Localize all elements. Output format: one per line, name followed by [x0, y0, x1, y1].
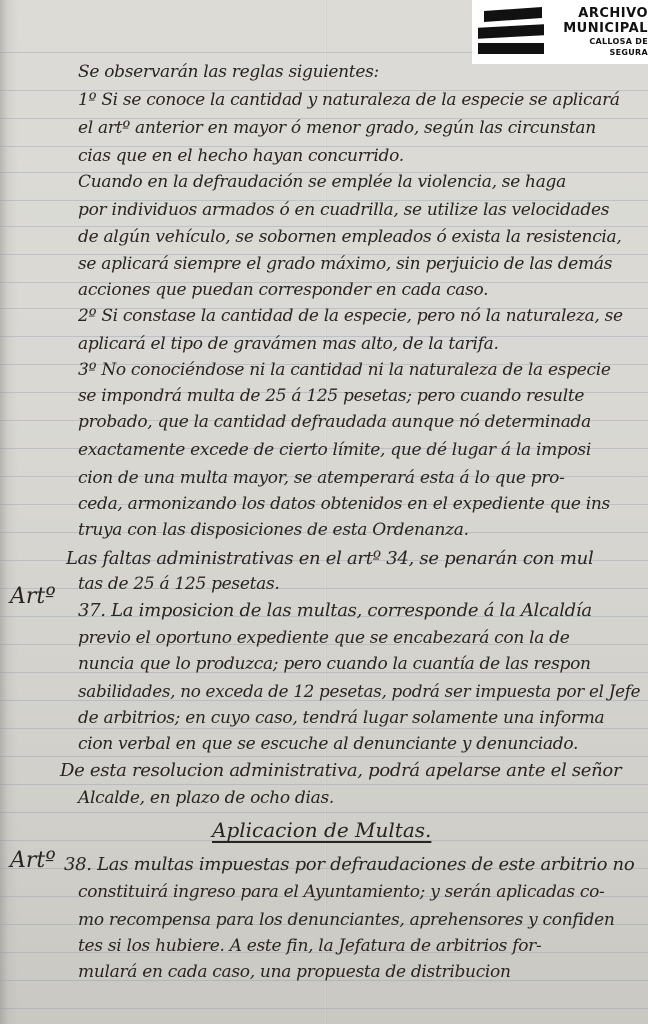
article-37-line: sabilidades, no exceda de 12 pesetas, po…	[78, 682, 640, 702]
text-line: 3º No conociéndose ni la cantidad ni la …	[78, 360, 611, 380]
article-37-line: cion verbal en que se escuche al denunci…	[78, 734, 578, 754]
text-line: aplicará el tipo de gravámen mas alto, d…	[78, 334, 499, 354]
text-line: acciones que puedan corresponder en cada…	[78, 280, 488, 300]
article-38-line: constituirá ingreso para el Ayuntamiento…	[78, 882, 605, 902]
text-line: Las faltas administrativas en el artº 34…	[66, 548, 593, 569]
intro-line: Se observarán las reglas siguientes:	[78, 62, 379, 82]
logo-bars-icon	[478, 6, 544, 58]
text-line: ceda, armonizando los datos obtenidos en…	[78, 494, 610, 514]
logo-line-town: CALLOSA DE SEGURA	[548, 36, 648, 58]
text-line: el artº anterior en mayor ó menor grado,…	[78, 118, 596, 138]
text-line: probado, que la cantidad defraudada aunq…	[78, 412, 591, 432]
article-37-line: 37. La imposicion de las multas, corresp…	[78, 600, 592, 621]
article-38-label: Artº	[10, 848, 56, 873]
ruled-line	[0, 728, 648, 729]
text-line: de algún vehículo, se sobornen empleados…	[78, 227, 622, 247]
text-line: cion de una multa mayor, se atemperará e…	[78, 468, 565, 488]
text-line: cias que en el hecho hayan concurrido.	[78, 146, 404, 166]
article-37-label: Artº	[10, 584, 56, 609]
article-38-line: 38. Las multas impuestas por defraudacio…	[64, 854, 634, 875]
ruled-line	[0, 1008, 648, 1009]
ruled-line	[0, 812, 648, 813]
article-38-line: mo recompensa para los denunciantes, apr…	[78, 910, 615, 930]
ruled-line	[0, 784, 648, 785]
text-line: se impondrá multa de 25 á 125 pesetas; p…	[78, 386, 584, 406]
article-37-line: De esta resolucion administrativa, podrá…	[60, 760, 621, 781]
article-37-line: nuncia que lo produzca; pero cuando la c…	[78, 654, 591, 674]
article-37-line: de arbitrios; en cuyo caso, tendrá lugar…	[78, 708, 604, 728]
text-line: truya con las disposiciones de esta Orde…	[78, 520, 469, 540]
article-37-line: Alcalde, en plazo de ocho dias.	[78, 788, 334, 808]
section-heading: Aplicacion de Multas.	[212, 818, 431, 842]
text-line: por individuos armados ó en cuadrilla, s…	[78, 200, 609, 220]
article-38-line: mulará en cada caso, una propuesta de di…	[78, 962, 511, 982]
text-line: tas de 25 á 125 pesetas.	[78, 574, 280, 594]
text-line: Cuando en la defraudación se emplée la v…	[78, 172, 566, 192]
text-line: 1º Si se conoce la cantidad y naturaleza…	[78, 90, 620, 110]
text-line: exactamente excede de cierto límite, que…	[78, 440, 591, 460]
ruled-line	[0, 756, 648, 757]
logo-line-municipal: MUNICIPAL	[548, 21, 648, 36]
article-38-line: tes si los hubiere. A este fin, la Jefat…	[78, 936, 541, 956]
text-line: se aplicará siempre el grado máximo, sin…	[78, 254, 612, 274]
archive-logo: ARCHIVO MUNICIPAL CALLOSA DE SEGURA	[472, 0, 648, 64]
article-37-line: previo el oportuno expediente que se enc…	[78, 628, 570, 648]
document-page: ARCHIVO MUNICIPAL CALLOSA DE SEGURA Se o…	[0, 0, 648, 1024]
text-line: 2º Si constase la cantidad de la especie…	[78, 306, 623, 326]
logo-line-archivo: ARCHIVO	[548, 6, 648, 21]
